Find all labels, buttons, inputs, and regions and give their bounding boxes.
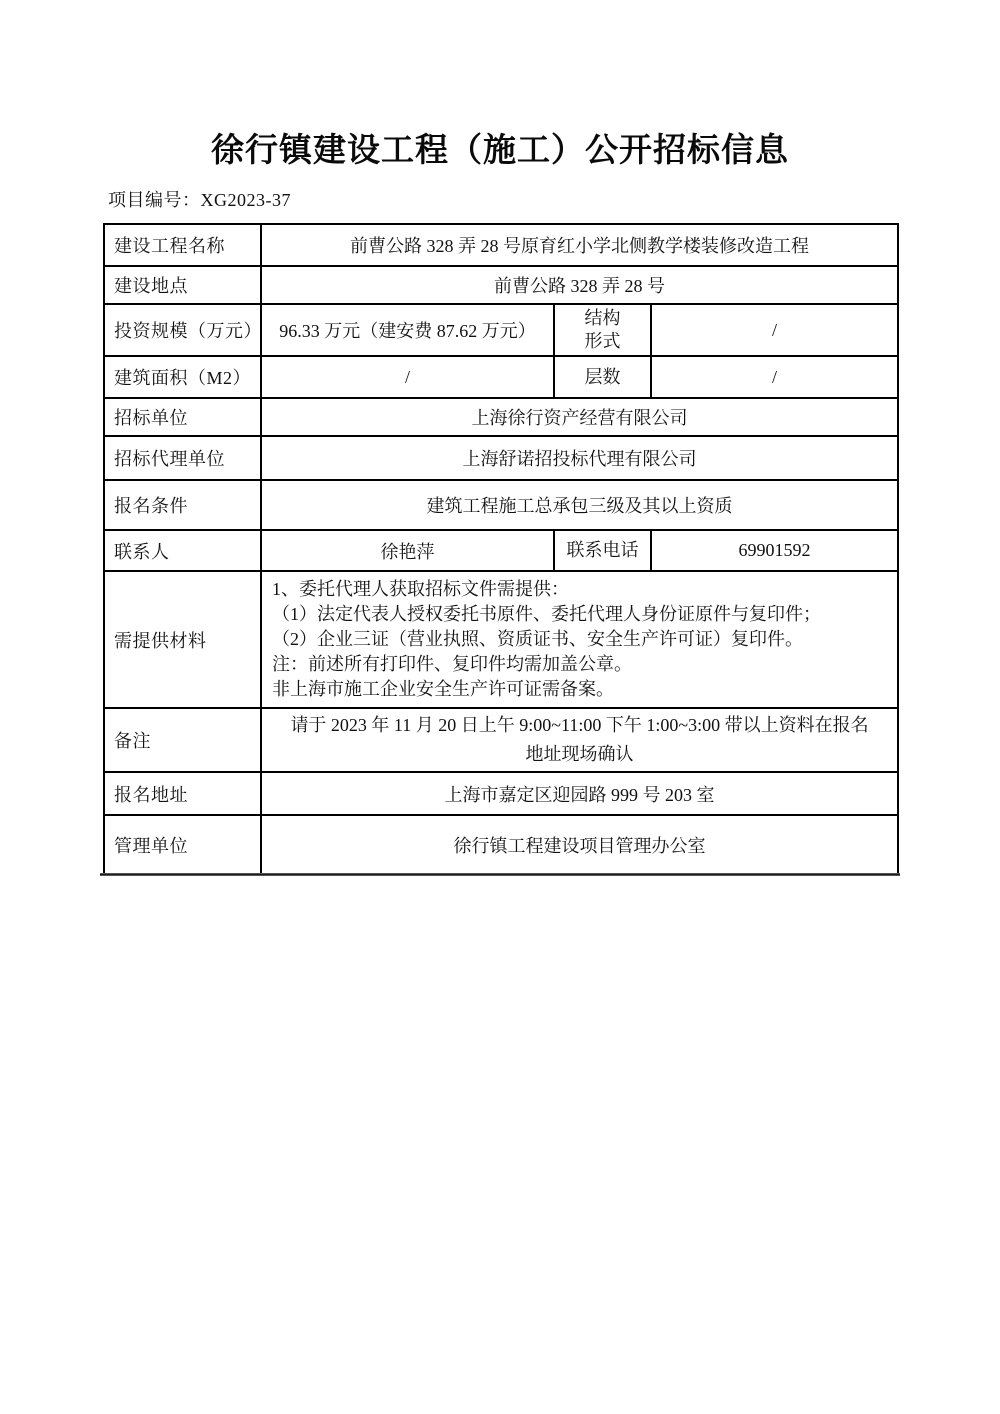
materials-line: （2）企业三证（营业执照、资质证书、安全生产许可证）复印件。 bbox=[272, 627, 889, 652]
materials-line: 1、委托代理人获取招标文件需提供： bbox=[272, 577, 889, 602]
project-number: 项目编号：XG2023-37 bbox=[108, 186, 1000, 212]
row-value-floors: / bbox=[651, 356, 898, 398]
row-value-structure-type: / bbox=[651, 304, 898, 356]
remark-line: 请于 2023 年 11 月 20 日上午 9:00~11:00 下午 1:00… bbox=[268, 711, 891, 740]
row-label-contact: 联系人 bbox=[104, 530, 261, 571]
table-row-area: 建筑面积（M2） / 层数 / bbox=[104, 356, 898, 398]
row-value-project-name: 前曹公路 328 弄 28 号原育红小学北侧教学楼装修改造工程 bbox=[261, 224, 898, 266]
table-row-tender-unit: 招标单位 上海徐行资产经营有限公司 bbox=[104, 398, 898, 436]
table-row-contact: 联系人 徐艳萍 联系电话 69901592 bbox=[104, 530, 898, 571]
table-row-location: 建设地点 前曹公路 328 弄 28 号 bbox=[104, 266, 898, 304]
materials-line: 注：前述所有打印件、复印件均需加盖公章。 bbox=[272, 652, 889, 677]
row-label-mgmt-unit: 管理单位 bbox=[104, 815, 261, 874]
document-page: 徐行镇建设工程（施工）公开招标信息 项目编号：XG2023-37 建设工程名称 … bbox=[0, 0, 1000, 1414]
row-label-phone: 联系电话 bbox=[554, 530, 651, 571]
row-label-tender-unit: 招标单位 bbox=[104, 398, 261, 436]
bid-info-table: 建设工程名称 前曹公路 328 弄 28 号原育红小学北侧教学楼装修改造工程 建… bbox=[103, 223, 899, 875]
table-row-agency: 招标代理单位 上海舒诺招投标代理有限公司 bbox=[104, 436, 898, 480]
row-label-investment: 投资规模（万元） bbox=[104, 304, 261, 356]
row-value-phone: 69901592 bbox=[651, 530, 898, 571]
table-row-materials: 需提供材料 1、委托代理人获取招标文件需提供： （1）法定代表人授权委托书原件、… bbox=[104, 571, 898, 708]
row-value-materials: 1、委托代理人获取招标文件需提供： （1）法定代表人授权委托书原件、委托代理人身… bbox=[261, 571, 898, 708]
row-value-investment: 96.33 万元（建安费 87.62 万元） bbox=[261, 304, 554, 356]
table-row-mgmt-unit: 管理单位 徐行镇工程建设项目管理办公室 bbox=[104, 815, 898, 874]
materials-line: 非上海市施工企业安全生产许可证需备案。 bbox=[272, 677, 889, 702]
materials-line: （1）法定代表人授权委托书原件、委托代理人身份证原件与复印件； bbox=[272, 602, 889, 627]
row-value-tender-unit: 上海徐行资产经营有限公司 bbox=[261, 398, 898, 436]
row-value-area: / bbox=[261, 356, 554, 398]
row-value-remark: 请于 2023 年 11 月 20 日上午 9:00~11:00 下午 1:00… bbox=[261, 708, 898, 772]
table-row-reg-address: 报名地址 上海市嘉定区迎园路 999 号 203 室 bbox=[104, 772, 898, 815]
table-row-project-name: 建设工程名称 前曹公路 328 弄 28 号原育红小学北侧教学楼装修改造工程 bbox=[104, 224, 898, 266]
row-label-area: 建筑面积（M2） bbox=[104, 356, 261, 398]
structure-type-label-text: 结构形式 bbox=[583, 307, 622, 353]
row-value-agency: 上海舒诺招投标代理有限公司 bbox=[261, 436, 898, 480]
page-title: 徐行镇建设工程（施工）公开招标信息 bbox=[0, 0, 1000, 171]
row-label-materials: 需提供材料 bbox=[104, 571, 261, 708]
divider-line bbox=[100, 873, 900, 876]
row-label-structure-type: 结构形式 bbox=[554, 304, 651, 356]
row-label-floors: 层数 bbox=[554, 356, 651, 398]
table-row-remark: 备注 请于 2023 年 11 月 20 日上午 9:00~11:00 下午 1… bbox=[104, 708, 898, 772]
table-row-investment: 投资规模（万元） 96.33 万元（建安费 87.62 万元） 结构形式 / bbox=[104, 304, 898, 356]
row-value-reg-address: 上海市嘉定区迎园路 999 号 203 室 bbox=[261, 772, 898, 815]
row-value-condition: 建筑工程施工总承包三级及其以上资质 bbox=[261, 480, 898, 530]
table-row-condition: 报名条件 建筑工程施工总承包三级及其以上资质 bbox=[104, 480, 898, 530]
row-label-reg-address: 报名地址 bbox=[104, 772, 261, 815]
remark-line: 地址现场确认 bbox=[268, 740, 891, 769]
row-label-remark: 备注 bbox=[104, 708, 261, 772]
row-label-location: 建设地点 bbox=[104, 266, 261, 304]
row-value-location: 前曹公路 328 弄 28 号 bbox=[261, 266, 898, 304]
row-label-project-name: 建设工程名称 bbox=[104, 224, 261, 266]
row-value-contact: 徐艳萍 bbox=[261, 530, 554, 571]
row-value-mgmt-unit: 徐行镇工程建设项目管理办公室 bbox=[261, 815, 898, 874]
row-label-condition: 报名条件 bbox=[104, 480, 261, 530]
row-label-agency: 招标代理单位 bbox=[104, 436, 261, 480]
